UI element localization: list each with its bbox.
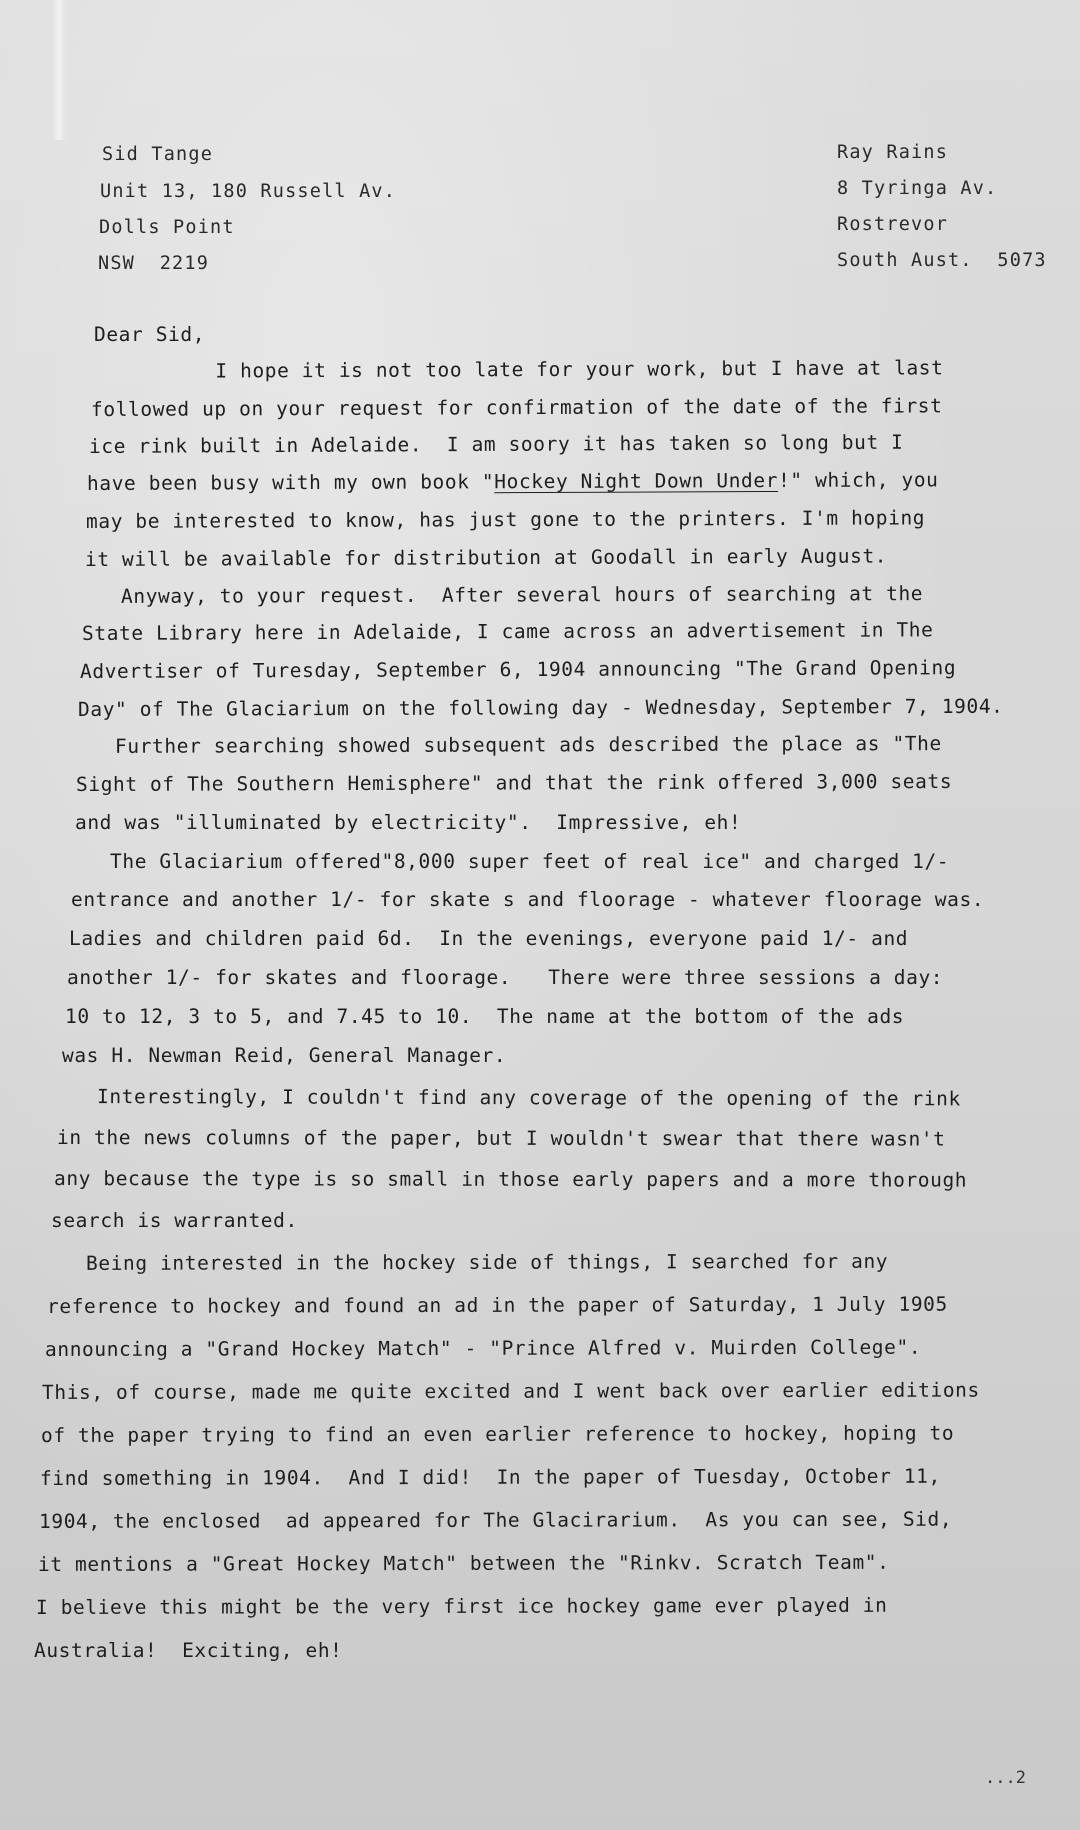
body-line: it mentions a "Great Hockey Match" betwe… [38,1551,890,1576]
body-line: any because the type is so small in thos… [54,1167,967,1192]
body-line: in the news columns of the paper, but I … [57,1126,946,1151]
body-line: Day" of The Glaciarium on the following … [78,695,1004,721]
book-title: Hockey Night Down Under [494,469,778,493]
body-line: another 1/- for skates and floorage. The… [67,966,943,989]
body-line: Anyway, to your request. After several h… [84,582,923,608]
body-line: The Glaciarium offered"8,000 super feet … [73,850,949,873]
body-line: Advertiser of Turesday, September 6, 190… [80,656,956,683]
body-line-prefix: have been busy with my own book " [87,470,494,495]
body-line: entrance and another 1/- for skate s and… [71,888,984,911]
body-line: I hope it is not too late for your work,… [92,356,944,383]
body-line: Ladies and children paid 6d. In the even… [69,927,908,950]
body-line: Further searching showed subsequent ads … [78,732,942,758]
body-line: search is warranted. [51,1209,298,1232]
body-line: followed up on your request for confirma… [91,394,943,421]
recipient-address-line3: NSW 2219 [98,253,209,274]
body-line: ice rink built in Adelaide. I am soory i… [89,431,904,458]
body-line: and was "illuminated by electricity". Im… [75,811,741,834]
salutation: Dear Sid, [94,323,205,346]
recipient-address-line1: Unit 13, 180 Russell Av. [100,181,396,202]
paper-crease [52,0,66,140]
body-line: 1904, the enclosed ad appeared for The G… [39,1508,952,1533]
page-continuation-marker: ...2 [985,1768,1026,1788]
body-line: I believe this might be the very first i… [36,1594,888,1619]
body-line: announcing a "Grand Hockey Match" - "Pri… [45,1336,921,1361]
sender-address-line3: South Aust. 5073 [837,250,1047,271]
recipient-name: Sid Tange [102,144,213,165]
body-line: Being interested in the hockey side of t… [49,1250,888,1275]
recipient-address-line2: Dolls Point [99,217,235,238]
sender-name: Ray Rains [837,142,948,163]
body-line-suffix: !" which, you [778,468,939,492]
body-line-with-book-title: have been busy with my own book "Hockey … [87,468,939,495]
sender-address-line2: Rostrevor [837,214,948,235]
body-line: of the paper trying to find an even earl… [41,1422,954,1447]
body-line: reference to hockey and found an ad in t… [47,1293,948,1318]
sender-address-line1: 8 Tyringa Av. [837,178,997,199]
body-line: find something in 1904. And I did! In th… [40,1465,941,1490]
body-line: was H. Newman Reid, General Manager. [62,1044,506,1067]
body-line: State Library here in Adelaide, I came a… [82,618,934,645]
body-line: Interestingly, I couldn't find any cover… [60,1085,961,1110]
body-line: 10 to 12, 3 to 5, and 7.45 to 10. The na… [65,1005,904,1028]
body-line: This, of course, made me quite excited a… [42,1379,980,1404]
body-line: Australia! Exciting, eh! [34,1639,343,1662]
body-line: it will be available for distribution at… [85,545,887,571]
body-line: may be interested to know, has just gone… [86,506,925,533]
letter-page: Sid Tange Unit 13, 180 Russell Av. Dolls… [0,0,1080,1830]
body-line: Sight of The Southern Hemisphere" and th… [76,770,952,796]
